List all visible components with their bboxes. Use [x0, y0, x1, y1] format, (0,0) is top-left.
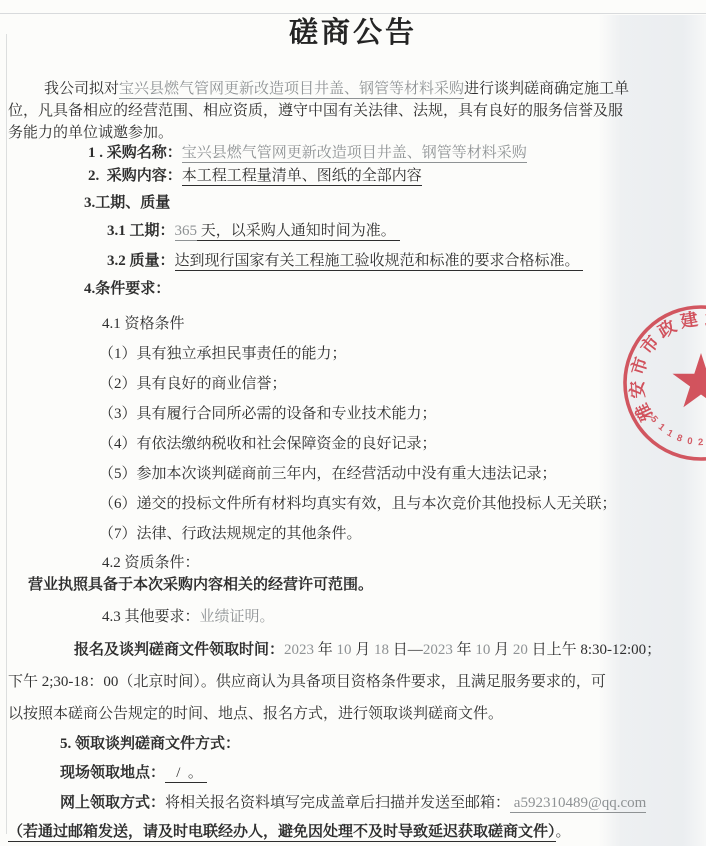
condition-7: （7）法律、行政法规规定的其他条件。 — [99, 524, 362, 545]
condition-5: （5）参加本次谈判磋商前三年内，在经营活动中没有重大违法记录； — [99, 464, 557, 485]
intro-line-3: 务能力的单位诚邀参加。 — [8, 123, 173, 144]
item-4-2-heading: 4.2 资质条件： — [102, 553, 200, 574]
contact-email: a592310489@qq.com — [510, 795, 646, 813]
item-3-1-rest: 天，以采购人通知时间为准。 — [197, 223, 400, 241]
item-4-3-value: 业绩证明。 — [200, 609, 275, 625]
date-sep: 年 — [314, 642, 337, 658]
item-1-purchase-name: 1 . 采购名称：宝兴县燃气管网更新改造项目井盖、钢管等材料采购 — [88, 143, 527, 164]
date-month-2: 10 — [475, 642, 490, 658]
email-note-period: 。 — [556, 824, 571, 840]
item-4-3-other: 4.3 其他要求：业绩证明。 — [102, 607, 275, 628]
online-label: 网上领取方式： — [60, 795, 165, 811]
scan-artifact-left-line — [6, 34, 7, 834]
online-text: 将相关报名资料填写完成盖章后扫描并发送至邮箱： — [165, 795, 510, 811]
seal-arc-text: 雅安市市政建设 — [627, 308, 706, 424]
item-2-value: 本工程工程量清单、图纸的全部内容 — [182, 168, 422, 186]
item-3-2-quality: 3.2 质量：达到现行国家有关工程施工验收规范和标准的要求合格标准。 — [107, 251, 583, 272]
item-2-purchase-content: 2. 采购内容：本工程工程量清单、图纸的全部内容 — [88, 166, 422, 187]
item-5-heading: 5. 领取谈判磋商文件方式： — [60, 734, 240, 755]
onsite-label: 现场领取地点： — [60, 765, 165, 781]
intro-pre: 我公司拟对 — [44, 81, 119, 97]
item-4-3-label: 4.3 其他要求： — [102, 609, 200, 625]
date-day-1: 18 — [374, 642, 389, 658]
schedule-line-3: 以按照本磋商公告规定的时间、地点、报名方式，进行领取谈判磋商文件。 — [8, 704, 503, 725]
item-3-2-label: 3.2 质量： — [107, 253, 175, 269]
email-note-line: （若通过邮箱发送，请及时电联经办人，避免因处理不及时导致延迟获取磋商文件）。 — [8, 822, 571, 843]
scanned-announcement-page: 磋商公告 我公司拟对宝兴县燃气管网更新改造项目井盖、钢管等材料采购进行谈判磋商确… — [0, 0, 706, 846]
svg-text:雅安市市政建设: 雅安市市政建设 — [627, 308, 706, 424]
condition-1: （1）具有独立承担民事责任的能力； — [99, 344, 347, 365]
license-requirement-line: 营业执照具备于本次采购内容相关的经营许可范围。 — [28, 575, 373, 596]
date-time-range: 日上午 8:30-12:00； — [528, 642, 661, 658]
onsite-pickup-line: 现场领取地点： / 。 — [60, 763, 207, 784]
item-3-2-value: 达到现行国家有关工程施工验收规范和标准的要求合格标准。 — [175, 253, 584, 271]
date-day-2: 20 — [513, 642, 528, 658]
condition-6: （6）递交的投标文件所有材料均真实有效，且与本次竞价其他投标人无关联； — [99, 494, 617, 515]
item-1-value: 宝兴县燃气管网更新改造项目井盖、钢管等材料采购 — [182, 145, 527, 163]
company-seal: 雅安市市政建设 5118025 — [616, 298, 706, 468]
date-sep: 月 — [352, 642, 375, 658]
item-4-1-heading: 4.1 资格条件 — [102, 314, 185, 335]
duration-days: 365 — [175, 223, 198, 241]
onsite-value-blank: / 。 — [165, 765, 207, 783]
seal-star-icon — [673, 353, 706, 407]
item-3-1-duration: 3.1 工期：365 天，以采购人通知时间为准。 — [107, 221, 400, 242]
item-1-label: 1 . 采购名称： — [88, 145, 182, 161]
date-month-1: 10 — [337, 642, 352, 658]
intro-post: 进行谈判磋商确定施工单 — [464, 81, 629, 97]
online-pickup-line: 网上领取方式：将相关报名资料填写完成盖章后扫描并发送至邮箱： a59231048… — [60, 793, 646, 814]
condition-4: （4）有依法缴纳税收和社会保障资金的良好记录； — [99, 434, 437, 455]
item-4-heading: 4.条件要求： — [84, 279, 170, 300]
intro-line-1: 我公司拟对宝兴县燃气管网更新改造项目井盖、钢管等材料采购进行谈判磋商确定施工单 — [44, 79, 629, 100]
date-sep: 月 — [490, 642, 513, 658]
date-year-2: 2023 — [423, 642, 453, 658]
schedule-line-2: 下午 2;30-18：00（北京时间）。供应商认为具备项目资格条件要求，且满足服… — [8, 672, 606, 693]
condition-3: （3）具有履行合同所必需的设备和专业技术能力； — [99, 404, 437, 425]
condition-2: （2）具有良好的商业信誉； — [99, 374, 287, 395]
intro-line-2: 位，凡具备相应的经营范围、相应资质，遵守中国有关法律、法规，具有良好的服务信誉及… — [8, 101, 623, 122]
item-3-heading: 3.工期、质量 — [84, 193, 170, 214]
date-sep: 年 — [453, 642, 476, 658]
item-2-label: 2. 采购内容： — [88, 168, 182, 184]
item-3-1-label: 3.1 工期： — [107, 223, 175, 239]
schedule-line-1: 报名及谈判磋商文件领取时间：2023 年 10 月 18 日—2023 年 10… — [74, 640, 661, 661]
date-year-1: 2023 — [284, 642, 314, 658]
page-title: 磋商公告 — [0, 10, 706, 51]
project-name-underlined: 宝兴县燃气管网更新改造项目井盖、钢管等材料采购 — [119, 81, 464, 99]
schedule-label: 报名及谈判磋商文件领取时间： — [74, 642, 284, 658]
date-sep: 日— — [389, 642, 423, 658]
email-note: （若通过邮箱发送，请及时电联经办人，避免因处理不及时导致延迟获取磋商文件） — [8, 824, 556, 842]
